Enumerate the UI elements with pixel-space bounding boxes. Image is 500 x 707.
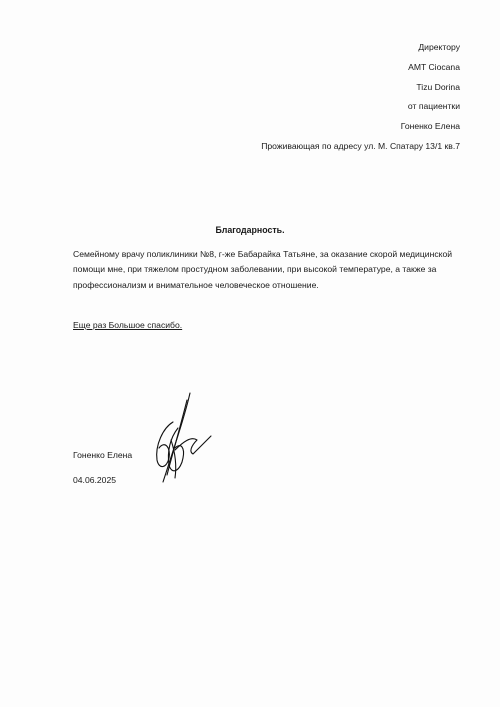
handwritten-signature-icon xyxy=(145,390,215,485)
signer-name: Гоненко Елена xyxy=(73,450,132,460)
addressee-title: Директору xyxy=(261,38,460,58)
document-title: Благодарность. xyxy=(0,225,500,235)
document-body: Семейному врачу поликлиники №8, г-же Баб… xyxy=(73,247,453,293)
addressee-block: Директору AMT Ciocana Tizu Dorina от пац… xyxy=(261,38,460,157)
sender-address: Проживающая по адресу ул. М. Спатару 13/… xyxy=(261,137,460,157)
signature-date: 04.06.2025 xyxy=(73,475,116,485)
addressee-name: Tizu Dorina xyxy=(261,78,460,98)
document-page: Директору AMT Ciocana Tizu Dorina от пац… xyxy=(0,0,500,707)
closing-line: Еще раз Большое спасибо. xyxy=(73,320,182,330)
addressee-organization: AMT Ciocana xyxy=(261,58,460,78)
sender-label: от пациентки xyxy=(261,97,460,117)
sender-name: Гоненко Елена xyxy=(261,117,460,137)
body-paragraph: Семейному врачу поликлиники №8, г-же Баб… xyxy=(73,247,453,293)
